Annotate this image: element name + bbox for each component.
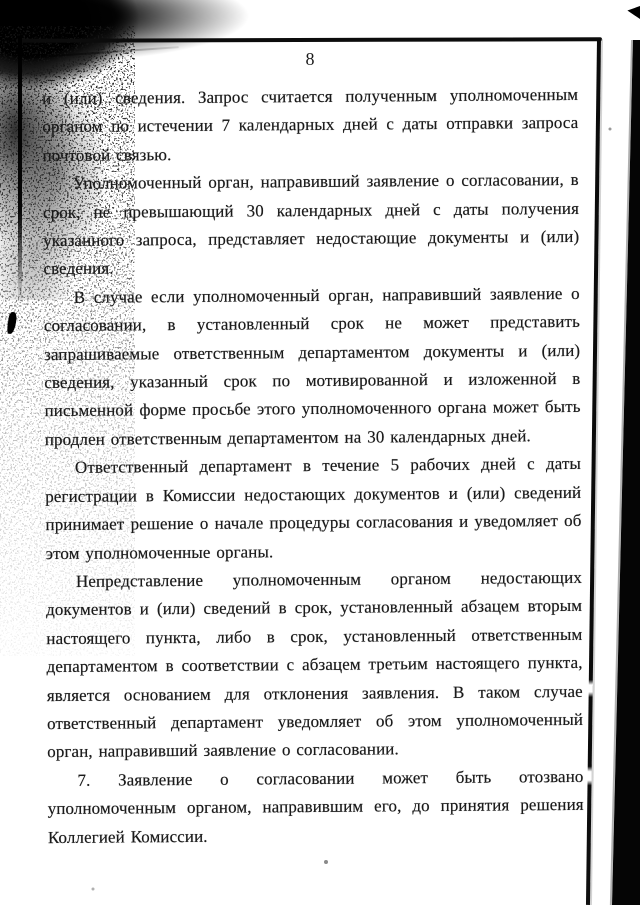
scan-ink-mark	[7, 312, 17, 335]
scan-frame-top-border	[16, 37, 602, 43]
scan-frame-right-border	[586, 39, 601, 905]
paragraph: Уполномоченный орган, направивший заявле…	[43, 166, 580, 284]
scan-dust-specks	[0, 0, 2, 2]
paragraph-item-7: 7. Заявление о согласовании может быть о…	[47, 763, 584, 852]
scan-corner-mark	[626, 6, 640, 19]
scanned-document-page: 8 и (или) сведения. Запрос считается пол…	[0, 0, 640, 905]
paragraph: В случае если уполномоченный орган, напр…	[44, 280, 581, 455]
paragraph: Непредставление уполномоченным органом н…	[46, 564, 584, 767]
page-number: 8	[42, 49, 578, 70]
document-text: и (или) сведения. Запрос считается получ…	[42, 81, 584, 852]
paragraph-continuation: и (или) сведения. Запрос считается получ…	[42, 81, 579, 170]
scan-frame-left-border	[18, 36, 22, 304]
paragraph: Ответственный департамент в течение 5 ра…	[45, 450, 582, 568]
